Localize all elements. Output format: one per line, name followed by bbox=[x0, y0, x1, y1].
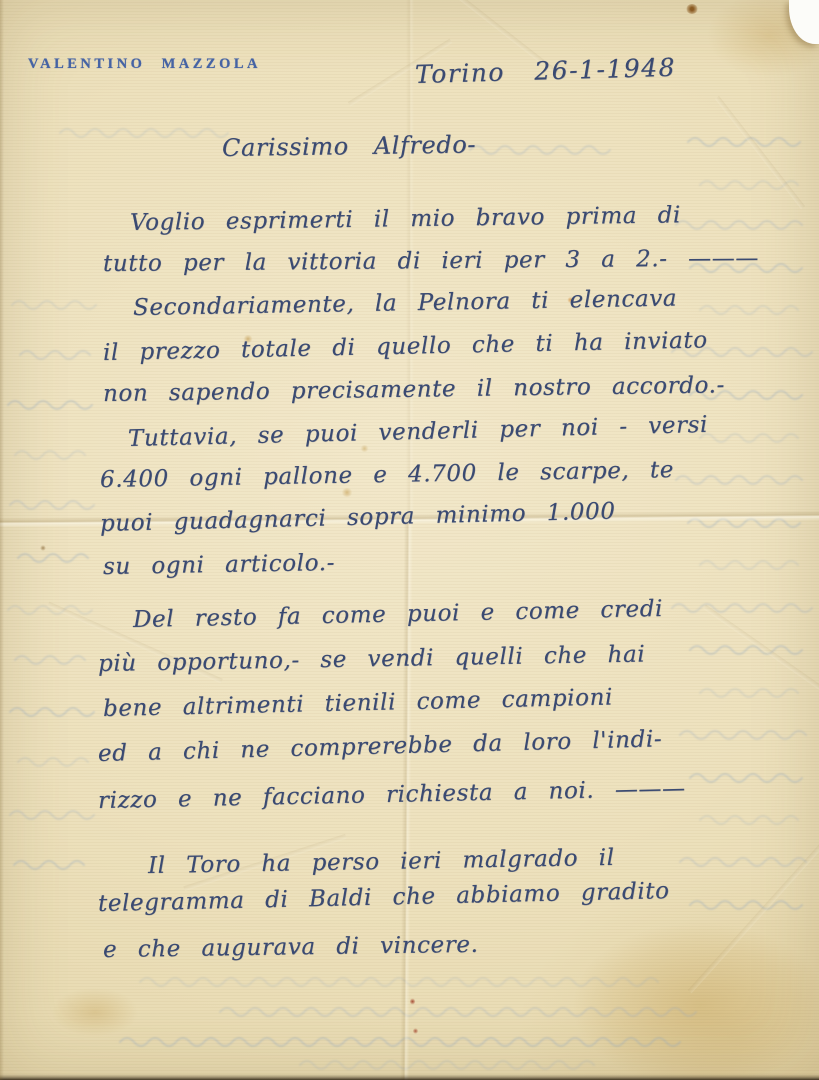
letter-line: il prezzo totale di quello che ti ha inv… bbox=[103, 327, 708, 366]
letter-line: 6.400 ogni pallone e 4.700 le scarpe, te bbox=[100, 457, 674, 493]
crease-diagonal bbox=[703, 605, 819, 701]
paper-texture bbox=[0, 0, 819, 1080]
left-edge-shadow bbox=[0, 0, 4, 1080]
letter-line: Voglio esprimerti il mio bravo prima di bbox=[130, 202, 681, 236]
letter-line: ed a chi ne comprerebbe da loro l'indi- bbox=[98, 726, 663, 767]
salutation: Carissimo Alfredo- bbox=[222, 130, 476, 162]
letter-line: Del resto fa come puoi e come credi bbox=[133, 596, 664, 633]
corner-fold bbox=[789, 0, 819, 44]
letter-line: più opportuno,- se vendi quelli che hai bbox=[98, 641, 646, 677]
letter-line: tutto per la vittoria di ieri per 3 a 2.… bbox=[103, 245, 759, 277]
letter-line: non sapendo precisamente il nostro accor… bbox=[103, 372, 725, 407]
letter-line: bene altrimenti tienili come campioni bbox=[103, 684, 614, 722]
stain bbox=[410, 998, 415, 1005]
letterhead: VALENTINO MAZZOLA bbox=[28, 56, 261, 73]
letter-line: telegramma di Baldi che abbiamo gradito bbox=[98, 878, 670, 917]
letter-line: e che augurava di vincere. bbox=[103, 932, 479, 963]
dateline: Torino 26-1-1948 bbox=[415, 53, 677, 89]
letter-line: rizzo e ne facciano richiesta a noi. ——— bbox=[98, 776, 686, 814]
letter-line: Il Toro ha perso ieri malgrado il bbox=[148, 845, 615, 879]
stain bbox=[413, 1028, 418, 1034]
bottom-edge-shadow bbox=[0, 1074, 819, 1080]
letter-line: Tuttavia, se puoi venderli per noi - ver… bbox=[128, 412, 709, 452]
crease-diagonal bbox=[715, 96, 805, 209]
letter-line: Secondariamente, la Pelnora ti elencava bbox=[133, 286, 678, 321]
letter-page: VALENTINO MAZZOLA Torino 26-1-1948 Caris… bbox=[0, 0, 819, 1080]
bleedthrough-ink bbox=[0, 0, 819, 1080]
stain bbox=[341, 488, 353, 497]
stain bbox=[686, 4, 698, 14]
stain bbox=[40, 545, 46, 551]
letter-line: su ogni articolo.- bbox=[103, 550, 335, 580]
letter-line: puoi guadagnarci sopra minimo 1.000 bbox=[100, 498, 616, 537]
crease-diagonal bbox=[688, 812, 819, 994]
